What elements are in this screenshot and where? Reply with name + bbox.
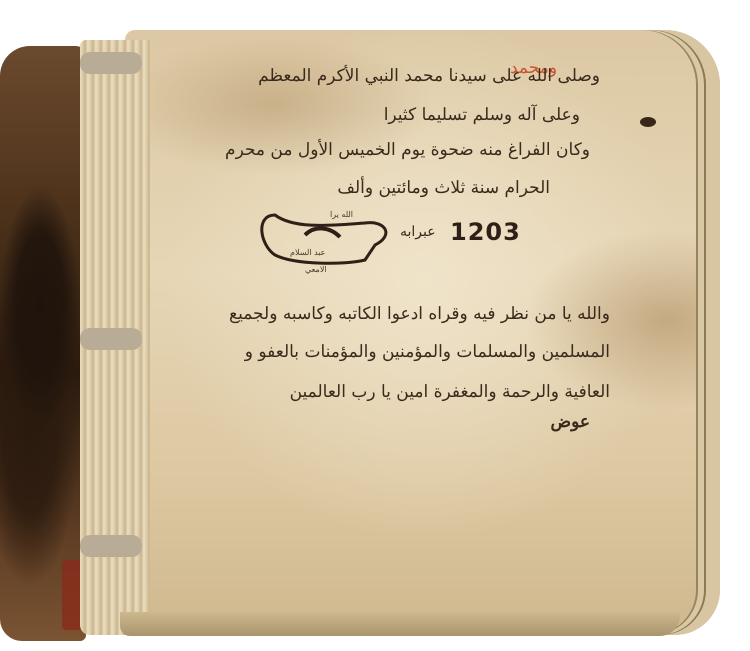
spine-tie-bottom xyxy=(80,535,142,557)
text-line-6: المسلمين والمسلمات والمؤمنين والمؤمنات ب… xyxy=(245,342,610,362)
leather-cover xyxy=(0,46,86,641)
bottom-edge xyxy=(120,612,680,636)
spine-tie-middle xyxy=(80,328,142,350)
text-line-2: وعلى آله وسلم تسليما كثيرا xyxy=(384,105,580,125)
spine-tie-top xyxy=(80,52,142,74)
text-line-5: والله يا من نظر فيه وقراه ادعوا الكاتبه … xyxy=(229,304,610,324)
text-line-3: وكان الفراغ منه ضحوة يوم الخميس الأول من… xyxy=(225,140,590,160)
seal-middle-text: عبد السلام xyxy=(290,248,325,257)
year: 1203 xyxy=(450,218,521,246)
text-line-4: الحرام سنة ثلاث ومائتين وألف xyxy=(337,178,550,198)
seal-top-text: الله يرا xyxy=(330,210,353,219)
seal-bottom-text: الامعي xyxy=(305,265,327,274)
date-label: عبرابه xyxy=(400,224,436,240)
text-line-7: العافية والرحمة والمغفرة امين يا رب العا… xyxy=(290,382,610,402)
ink-stain xyxy=(640,117,656,127)
text-line-8: عوض xyxy=(551,412,590,432)
cover-red-edge xyxy=(62,560,82,630)
text-line-1: وصلى الله على سيدنا محمد النبي الأكرم ال… xyxy=(258,66,600,86)
